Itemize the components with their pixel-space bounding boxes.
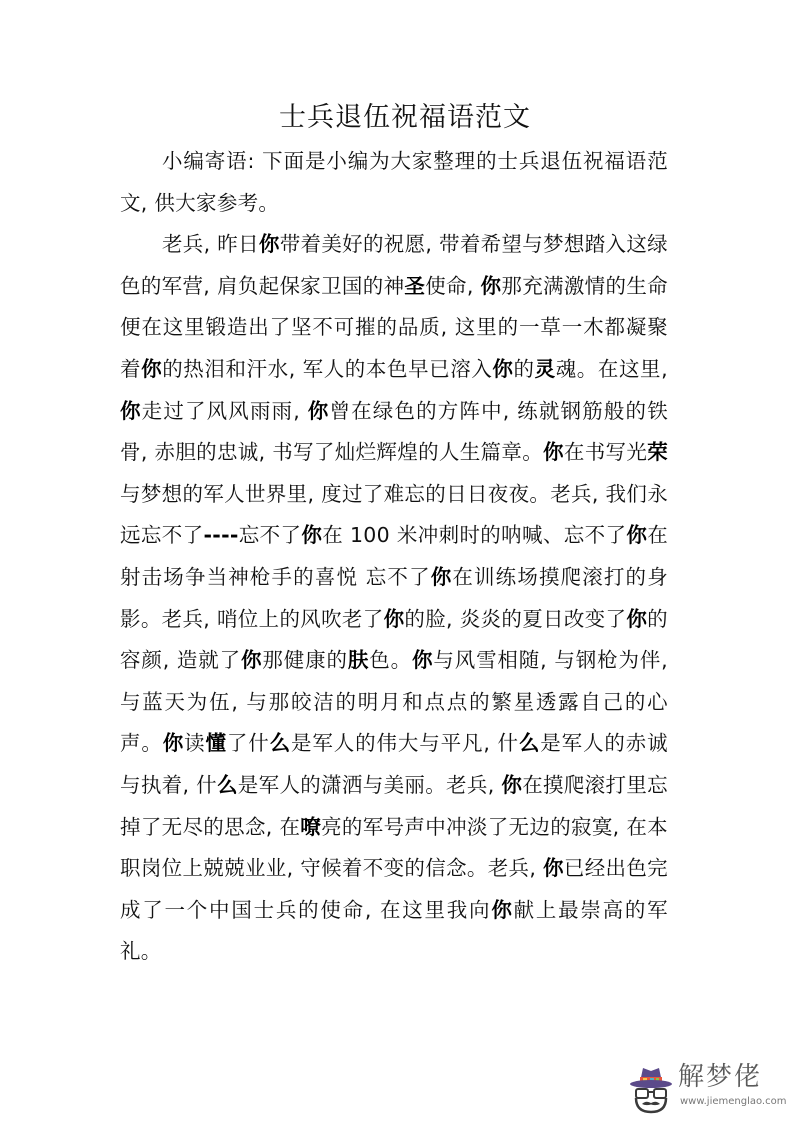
text-segment: 那健康的 [262, 648, 347, 672]
bold-text-segment: 嘹 [300, 815, 321, 839]
bold-text-segment: 你 [492, 357, 513, 381]
watermark: 解梦佬 www.jiemenglao.com [622, 1058, 792, 1118]
text-segment: 使命, [425, 274, 480, 298]
text-segment: 读 [184, 731, 205, 755]
bold-text-segment: 你 [412, 648, 433, 672]
text-segment: 魂。在这里, [556, 357, 668, 381]
intro-paragraph: 小编寄语: 下面是小编为大家整理的士兵退伍祝福语范文, 供大家参考。 [120, 141, 668, 224]
text-segment: 在 100 米冲刺时的呐喊、忘不了 [322, 523, 626, 547]
bold-text-segment: 你 [431, 565, 453, 589]
bold-text-segment: 你 [301, 523, 322, 547]
bold-text-segment: 你 [543, 440, 564, 464]
bold-text-segment: 懂 [206, 731, 227, 755]
bold-text-segment: 圣 [404, 274, 425, 298]
bold-text-segment: 你 [501, 773, 522, 797]
bold-text-segment: 你 [120, 399, 142, 423]
bold-text-segment: 你 [543, 856, 564, 880]
text-segment: 老兵, 昨日 [162, 232, 259, 256]
bold-text-segment: 你 [163, 731, 184, 755]
text-segment: 是军人的伟大与平凡, 什 [291, 731, 519, 755]
watermark-url: www.jiemenglao.com [680, 1096, 786, 1108]
text-segment: 色。 [369, 648, 412, 672]
bold-text-segment: 你 [241, 648, 262, 672]
bold-text-segment: 你 [481, 274, 502, 298]
hat-glasses-mustache-icon [628, 1062, 674, 1114]
bold-text-segment: 你 [141, 357, 162, 381]
text-segment: 走过了风风雨雨, [142, 399, 308, 423]
bold-text-segment: ---- [203, 523, 238, 547]
bold-text-segment: 你 [626, 607, 647, 631]
bold-text-segment: 么 [519, 731, 540, 755]
bold-text-segment: 么 [217, 773, 238, 797]
text-segment: 了什 [227, 731, 270, 755]
text-segment: 忘不了 [239, 523, 302, 547]
text-segment: 的脸, 炎炎的夏日改变了 [404, 607, 626, 631]
bold-text-segment: 灵 [535, 357, 556, 381]
text-segment: 在书写光 [564, 440, 647, 464]
page-title: 士兵退伍祝福语范文 [0, 98, 794, 138]
bold-text-segment: 你 [384, 607, 405, 631]
bold-text-segment: 你 [259, 232, 280, 256]
document-page: 士兵退伍祝福语范文 小编寄语: 下面是小编为大家整理的士兵退伍祝福语范文, 供大… [0, 0, 794, 1123]
document-body: 小编寄语: 下面是小编为大家整理的士兵退伍祝福语范文, 供大家参考。 老兵, 昨… [120, 141, 668, 973]
watermark-brand-name: 解梦佬 [678, 1062, 762, 1092]
text-segment: 是军人的潇洒与美丽。老兵, [238, 773, 502, 797]
text-segment: 的 [514, 357, 535, 381]
bold-text-segment: 你 [626, 523, 647, 547]
bold-text-segment: 你 [491, 898, 513, 922]
bold-text-segment: 肤 [348, 648, 369, 672]
bold-text-segment: 么 [270, 731, 291, 755]
bold-text-segment: 荣 [647, 440, 668, 464]
bold-text-segment: 你 [308, 399, 330, 423]
text-segment: 的热泪和汗水, 军人的本色早已溶入 [162, 357, 492, 381]
main-paragraph: 老兵, 昨日你带着美好的祝愿, 带着希望与梦想踏入这绿色的军营, 肩负起保家卫国… [120, 224, 668, 973]
